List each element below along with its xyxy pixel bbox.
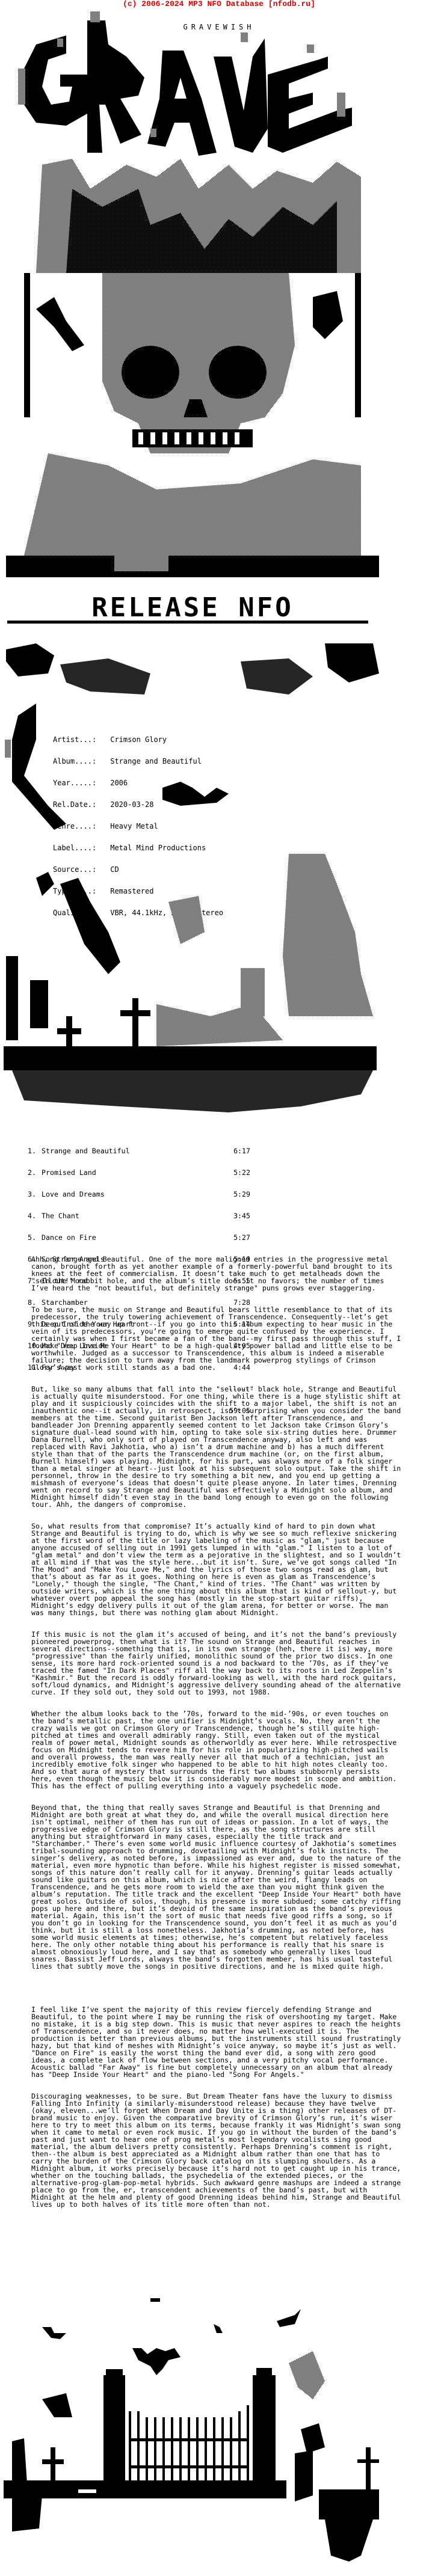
review-paragraph: So, what results from that compromise? I… [31,1523,404,1616]
release-nfo-banner: RELEASE NFO [0,553,438,704]
track-time: 3:45 [229,1212,250,1219]
review-paragraph: If this music is not the glam it’s accus… [31,1631,404,1696]
track-time: 6:17 [229,1147,250,1155]
track-time: 5:22 [229,1169,250,1176]
track-row: 2.Promised Land [28,1169,256,1176]
review-paragraph: To be sure, the music on Strange and Bea… [31,1306,404,1371]
skull-block-art [0,273,438,556]
paragraph-gap [31,1984,404,1992]
review-paragraph: Ahh, Strange and Beautiful. One of the m… [31,1256,404,1292]
group-name: GRAVEWISH [0,23,438,31]
graveyard-side-art [0,704,438,1112]
track-time: 5:29 [229,1191,250,1198]
track-row: 3.Love and Dreams [28,1191,256,1198]
review-paragraph: I feel like I’ve spent the majority of t… [31,2006,404,2078]
banner-text: RELEASE NFO [91,592,293,623]
copyright-notice: (c) 2006-2024 MP3 NFO Database [nfodb.ru… [0,0,438,8]
review-paragraph: Whether the album looks back to the ’70s… [31,1710,404,1789]
gate-block-art [0,2291,438,2576]
review-paragraph: Discouraging weaknesses, to be sure. But… [31,2093,404,2208]
graveyard-block-art [0,704,438,1112]
review-text: Ahh, Strange and Beautiful. One of the m… [31,1241,404,2215]
banner-block-art: RELEASE NFO [0,553,438,704]
review-paragraph: Beyond that, the thing that really saves… [31,1804,404,1970]
grave-logo-art [0,8,438,273]
track-row: 4.The Chant [28,1212,256,1219]
track-time: 5:27 [229,1234,250,1241]
gate-art [0,2291,438,2576]
review-paragraph: But, like so many albums that fall into … [31,1385,404,1508]
logo-block-art [0,8,438,273]
track-row: 5.Dance on Fire [28,1234,256,1241]
track-row: 1.Strange and Beautiful [28,1147,256,1155]
skull-art [0,273,438,556]
